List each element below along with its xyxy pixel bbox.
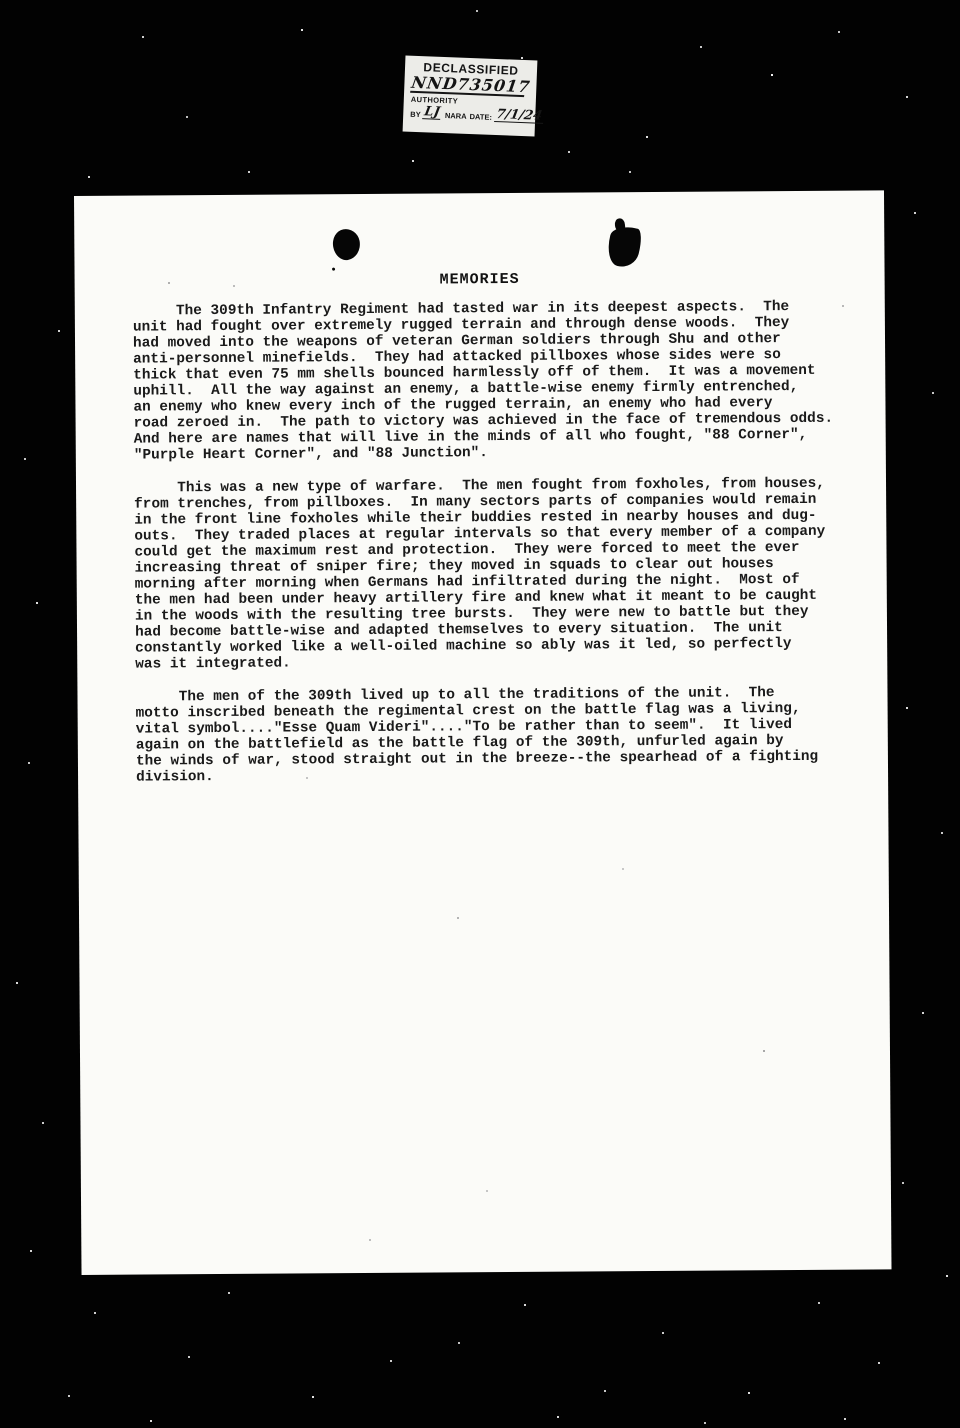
stamp-by-date-row: BY LJ NARA DATE: 7/1/24 <box>410 105 528 124</box>
page-dust-specks <box>0 0 2 2</box>
stamp-nnd-number-handwritten: NND735017 <box>410 74 527 97</box>
stamp-date-handwritten: 7/1/24 <box>494 108 545 124</box>
stamp-by-label: BY <box>410 110 421 119</box>
document-text-column: MEMORIES The 309th Infantry Regiment had… <box>133 269 831 803</box>
document-page: MEMORIES The 309th Infantry Regiment had… <box>74 190 892 1275</box>
stamp-by-signature-handwritten: LJ <box>423 105 444 120</box>
paragraph-3: The men of the 309th lived up to all the… <box>135 685 830 786</box>
document-title: MEMORIES <box>133 269 827 291</box>
declassified-stamp: DECLASSIFIED NND735017 AUTHORITY BY LJ N… <box>403 55 538 136</box>
stamp-date-label: DATE: <box>469 112 492 122</box>
scanned-document-viewport: DECLASSIFIED NND735017 AUTHORITY BY LJ N… <box>0 0 960 1428</box>
paragraph-1: The 309th Infantry Regiment had tasted w… <box>133 299 828 464</box>
stamp-nara-label: NARA <box>445 111 467 121</box>
paragraph-2: This was a new type of warfare. The men … <box>134 476 829 673</box>
